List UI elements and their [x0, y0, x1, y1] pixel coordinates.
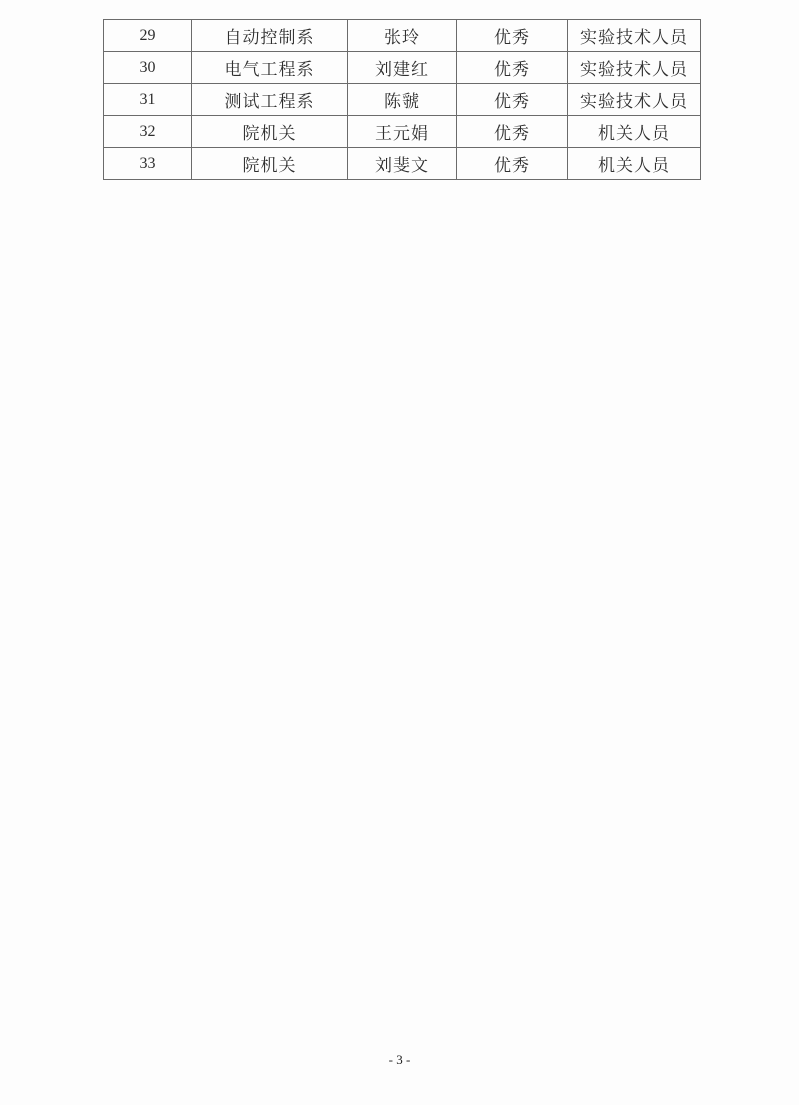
- cell-personnel-category: 实验技术人员: [568, 20, 701, 52]
- table-row: 31 测试工程系 陈虢 优秀 实验技术人员: [104, 84, 701, 116]
- cell-rating: 优秀: [457, 52, 568, 84]
- cell-rating: 优秀: [457, 20, 568, 52]
- table-row: 33 院机关 刘斐文 优秀 机关人员: [104, 148, 701, 180]
- cell-rating: 优秀: [457, 116, 568, 148]
- page-number: - 3 -: [0, 1052, 799, 1068]
- cell-row-number: 32: [104, 116, 192, 148]
- cell-rating: 优秀: [457, 84, 568, 116]
- cell-personnel-category: 实验技术人员: [568, 84, 701, 116]
- cell-department: 电气工程系: [192, 52, 348, 84]
- cell-person-name: 刘斐文: [348, 148, 457, 180]
- cell-personnel-category: 机关人员: [568, 148, 701, 180]
- cell-personnel-category: 机关人员: [568, 116, 701, 148]
- cell-department: 院机关: [192, 148, 348, 180]
- cell-row-number: 29: [104, 20, 192, 52]
- cell-person-name: 陈虢: [348, 84, 457, 116]
- cell-person-name: 王元娟: [348, 116, 457, 148]
- table-row: 32 院机关 王元娟 优秀 机关人员: [104, 116, 701, 148]
- cell-person-name: 刘建红: [348, 52, 457, 84]
- table-row: 30 电气工程系 刘建红 优秀 实验技术人员: [104, 52, 701, 84]
- cell-department: 院机关: [192, 116, 348, 148]
- cell-row-number: 30: [104, 52, 192, 84]
- cell-department: 自动控制系: [192, 20, 348, 52]
- cell-personnel-category: 实验技术人员: [568, 52, 701, 84]
- table-row: 29 自动控制系 张玲 优秀 实验技术人员: [104, 20, 701, 52]
- evaluation-results-table: 29 自动控制系 张玲 优秀 实验技术人员 30 电气工程系 刘建红 优秀 实验…: [103, 19, 701, 180]
- cell-department: 测试工程系: [192, 84, 348, 116]
- cell-rating: 优秀: [457, 148, 568, 180]
- cell-person-name: 张玲: [348, 20, 457, 52]
- cell-row-number: 31: [104, 84, 192, 116]
- cell-row-number: 33: [104, 148, 192, 180]
